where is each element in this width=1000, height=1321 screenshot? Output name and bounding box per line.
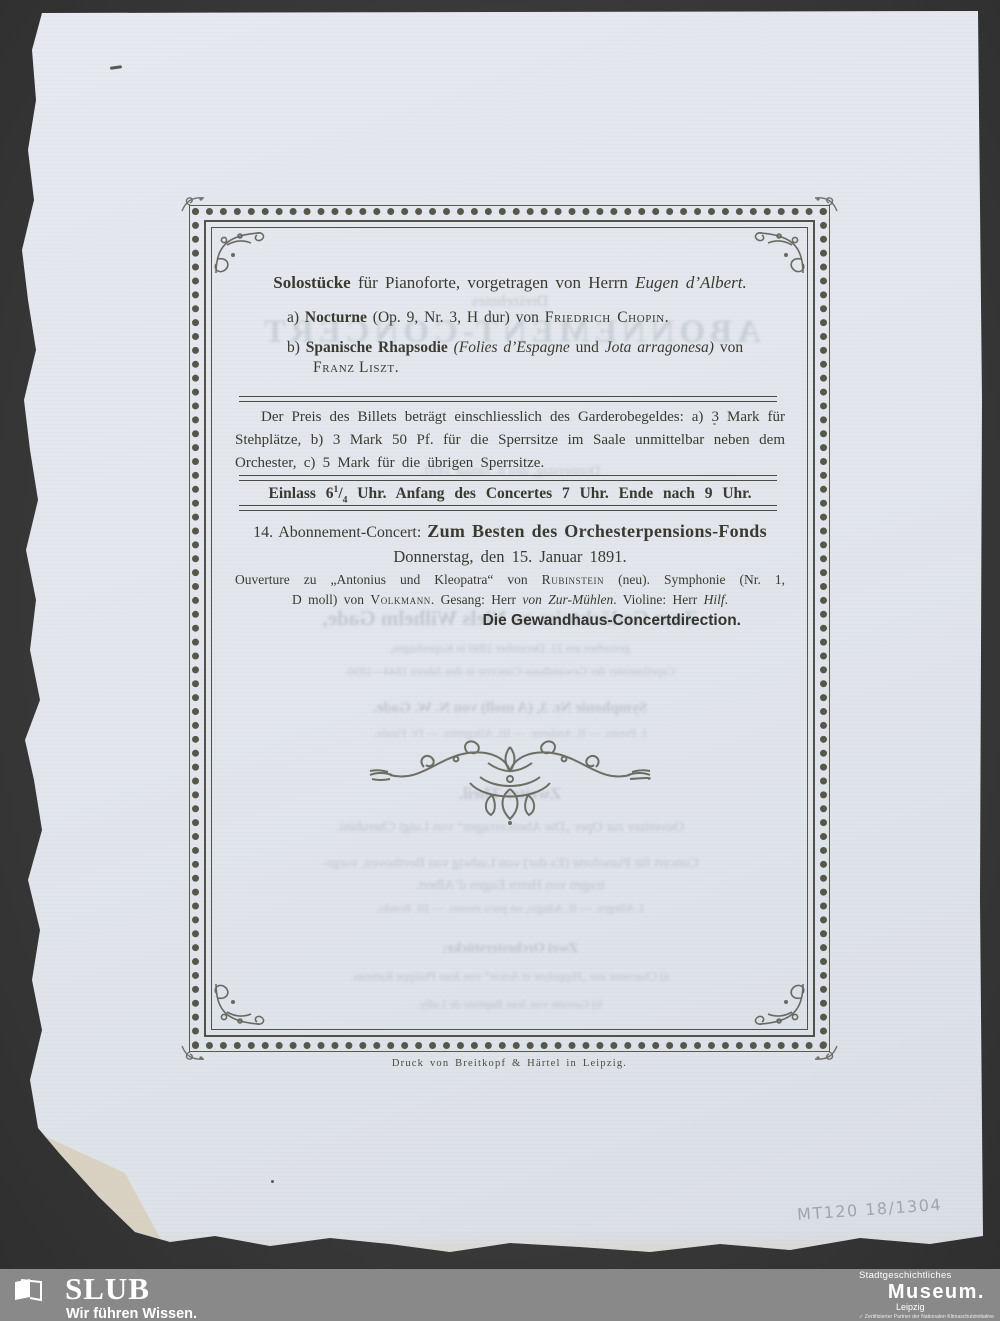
frame-corner-ornament-icon xyxy=(180,193,206,213)
program-item-a: a) Nocturne (Op. 9, Nr. 3, H dur) von Fr… xyxy=(287,309,785,327)
signature: Die Gewandhaus-Concertdirection. xyxy=(235,612,785,630)
torn-edge-discoloration xyxy=(130,1232,980,1254)
slub-tagline: Wir führen Wissen. xyxy=(66,1306,326,1321)
footer-bar: SLUB Wir führen Wissen. Stadtgeschichtli… xyxy=(0,1269,1000,1321)
museum-line1: Stadtgeschichtliches xyxy=(859,1271,985,1281)
slub-name: SLUB xyxy=(65,1271,150,1307)
paper-speck xyxy=(271,1180,274,1183)
frame-corner-ornament-icon xyxy=(813,193,839,213)
scan-viewport: DreizehntesABONNEMENT-CONCERTDonnerstag,… xyxy=(0,0,1000,1321)
museum-logo: Stadtgeschichtliches Museum. Leipzig ✓ Z… xyxy=(859,1271,985,1320)
concert-detail-line1: Ouverture zu „Antonius und Kleopatra“ vo… xyxy=(235,572,785,588)
slub-book-icon xyxy=(13,1277,43,1303)
concert-announcement-date: Donnerstag, den 15. Januar 1891. xyxy=(235,547,785,567)
program-item-b-line2: Franz Liszt. xyxy=(313,359,785,377)
shelfmark-annotation: MT120 18/1304 xyxy=(797,1195,943,1224)
concert-announcement-title: 14. Abonnement-Concert: Zum Besten des O… xyxy=(235,521,785,542)
ornament-divider-icon xyxy=(360,737,660,829)
museum-cert: ✓ Zertifizierter Partner der Nationalen … xyxy=(859,1315,985,1320)
double-rule xyxy=(239,396,777,402)
program-content: Solostücke für Pianoforte, vorgetragen v… xyxy=(213,229,807,1031)
paper-sheet: DreizehntesABONNEMENT-CONCERTDonnerstag,… xyxy=(0,0,1000,1321)
museum-name: Museum. xyxy=(859,1282,985,1302)
double-rule xyxy=(239,505,777,511)
admission-times: Einlass 61/4 Uhr. Anfang des Concertes 7… xyxy=(235,484,785,505)
paper-speck xyxy=(110,65,122,70)
printer-imprint: Druck von Breitkopf & Härtel in Leipzig. xyxy=(189,1058,830,1069)
program-item-b-line1: b) Spanische Rhapsodie (Folies d’Espagne… xyxy=(287,339,785,357)
price-notice: Der Preis des Billets beträgt einschlies… xyxy=(235,406,785,475)
double-rule xyxy=(239,475,777,481)
museum-city: Leipzig xyxy=(896,1303,985,1312)
program-heading: Solostücke für Pianoforte, vorgetragen v… xyxy=(235,273,785,293)
concert-detail-line2: D moll) von Volkmann. Gesang: Herr von Z… xyxy=(235,592,785,608)
